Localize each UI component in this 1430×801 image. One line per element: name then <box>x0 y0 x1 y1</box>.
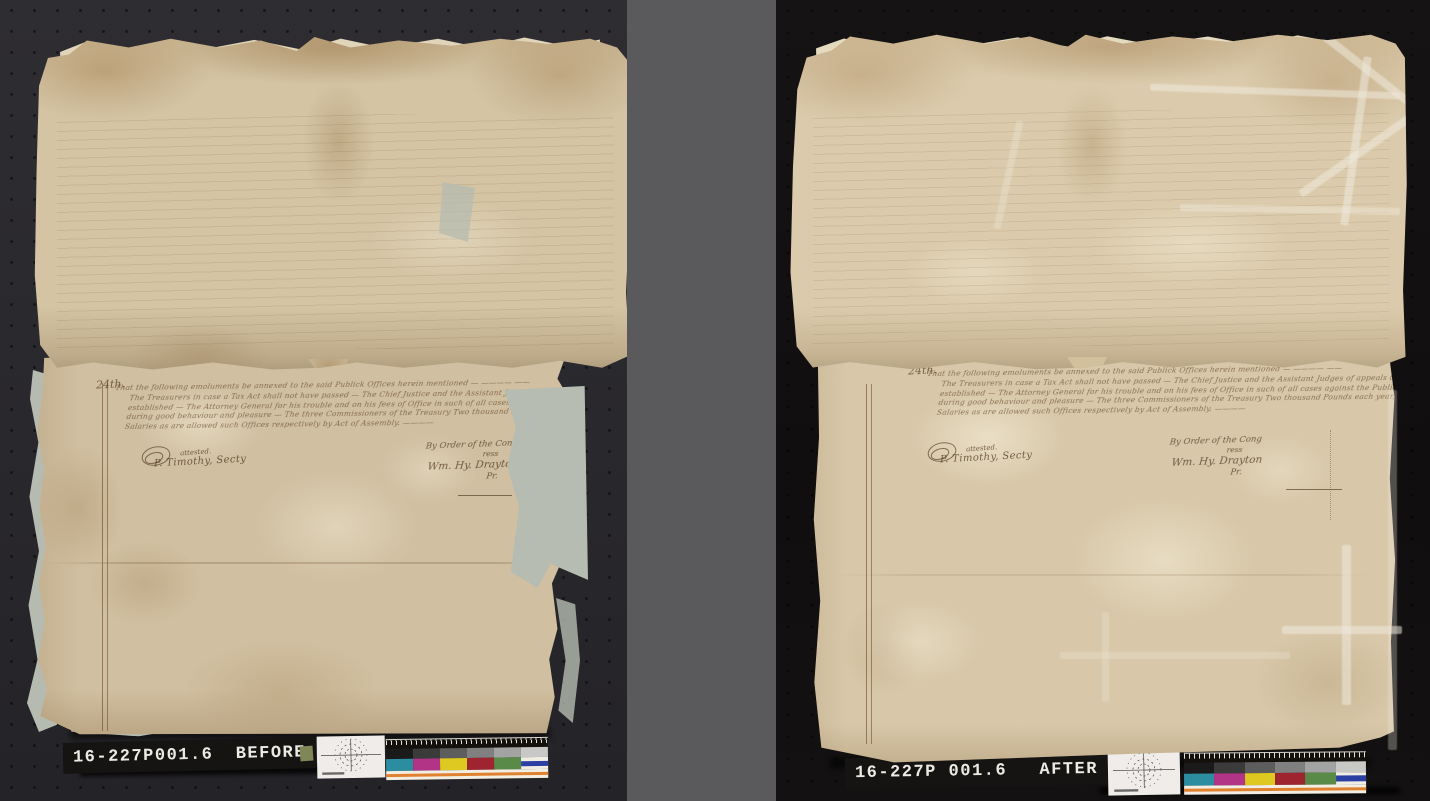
orange-dash-strip <box>1184 784 1366 794</box>
mend-tissue <box>1342 545 1351 705</box>
photo-before: 24th. That the following emoluments be a… <box>0 0 627 801</box>
mend-tissue <box>1388 390 1397 750</box>
orange-dash-strip <box>386 769 548 780</box>
backing-sheet-right-patch <box>504 386 588 588</box>
color-separation-guide <box>1184 751 1366 795</box>
backing-sheet-edge-fragment <box>556 598 580 723</box>
registration-target <box>317 735 386 778</box>
blue-patch <box>1336 772 1366 785</box>
signature-underline <box>458 495 512 496</box>
mend-tissue <box>1060 652 1290 659</box>
handwritten-paragraph: That the following emoluments be annexed… <box>920 363 1388 419</box>
slate-stage-label: BEFORE <box>236 743 307 764</box>
showthrough-text-lines <box>57 114 614 349</box>
mend-tissue <box>1282 626 1402 634</box>
panel-divider <box>627 0 776 801</box>
photo-slate-before: 16-227P001.6 BEFORE <box>63 737 317 774</box>
conservation-photo-comparison: 24th. That the following emoluments be a… <box>0 0 1430 801</box>
color-patches <box>1184 772 1366 786</box>
horizontal-crease <box>832 574 1372 576</box>
color-separation-guide <box>386 737 549 780</box>
folded-upper-sheet-after <box>788 26 1408 378</box>
vertical-fold-crease <box>1330 430 1331 520</box>
ledger-margin-rule <box>102 383 108 731</box>
registration-target <box>1108 749 1181 795</box>
manuscript-lower-page-before: 24th. That the following emoluments be a… <box>36 356 582 735</box>
mend-tissue <box>1102 612 1109 702</box>
slate-stage-label: AFTER <box>1039 760 1098 780</box>
color-patches <box>386 757 548 772</box>
attestation-signature: attested. P. Timothy, Secty <box>154 448 246 467</box>
blue-patch <box>521 757 548 770</box>
showthrough-text-lines <box>813 110 1390 346</box>
ledger-margin-rule <box>866 384 872 744</box>
signature-underline <box>1286 489 1342 490</box>
slate-id: 16-227P 001.6 <box>855 761 1007 783</box>
folded-upper-sheet-before <box>33 30 627 380</box>
photo-after: 24th. That the following emoluments be a… <box>776 0 1430 801</box>
attestation-signature: attested. P. Timothy, Secty <box>940 444 1032 463</box>
by-order-block: By Order of the CongressWm. Hy. DraytonP… <box>422 438 521 483</box>
by-order-block: By Order of the CongressWm. Hy. DraytonP… <box>1166 434 1265 479</box>
slate-id: 16-227P001.6 <box>73 745 214 767</box>
manuscript-lower-page-after: 24th. That the following emoluments be a… <box>812 356 1398 764</box>
slate-chip <box>299 746 313 762</box>
horizontal-crease <box>46 562 576 564</box>
